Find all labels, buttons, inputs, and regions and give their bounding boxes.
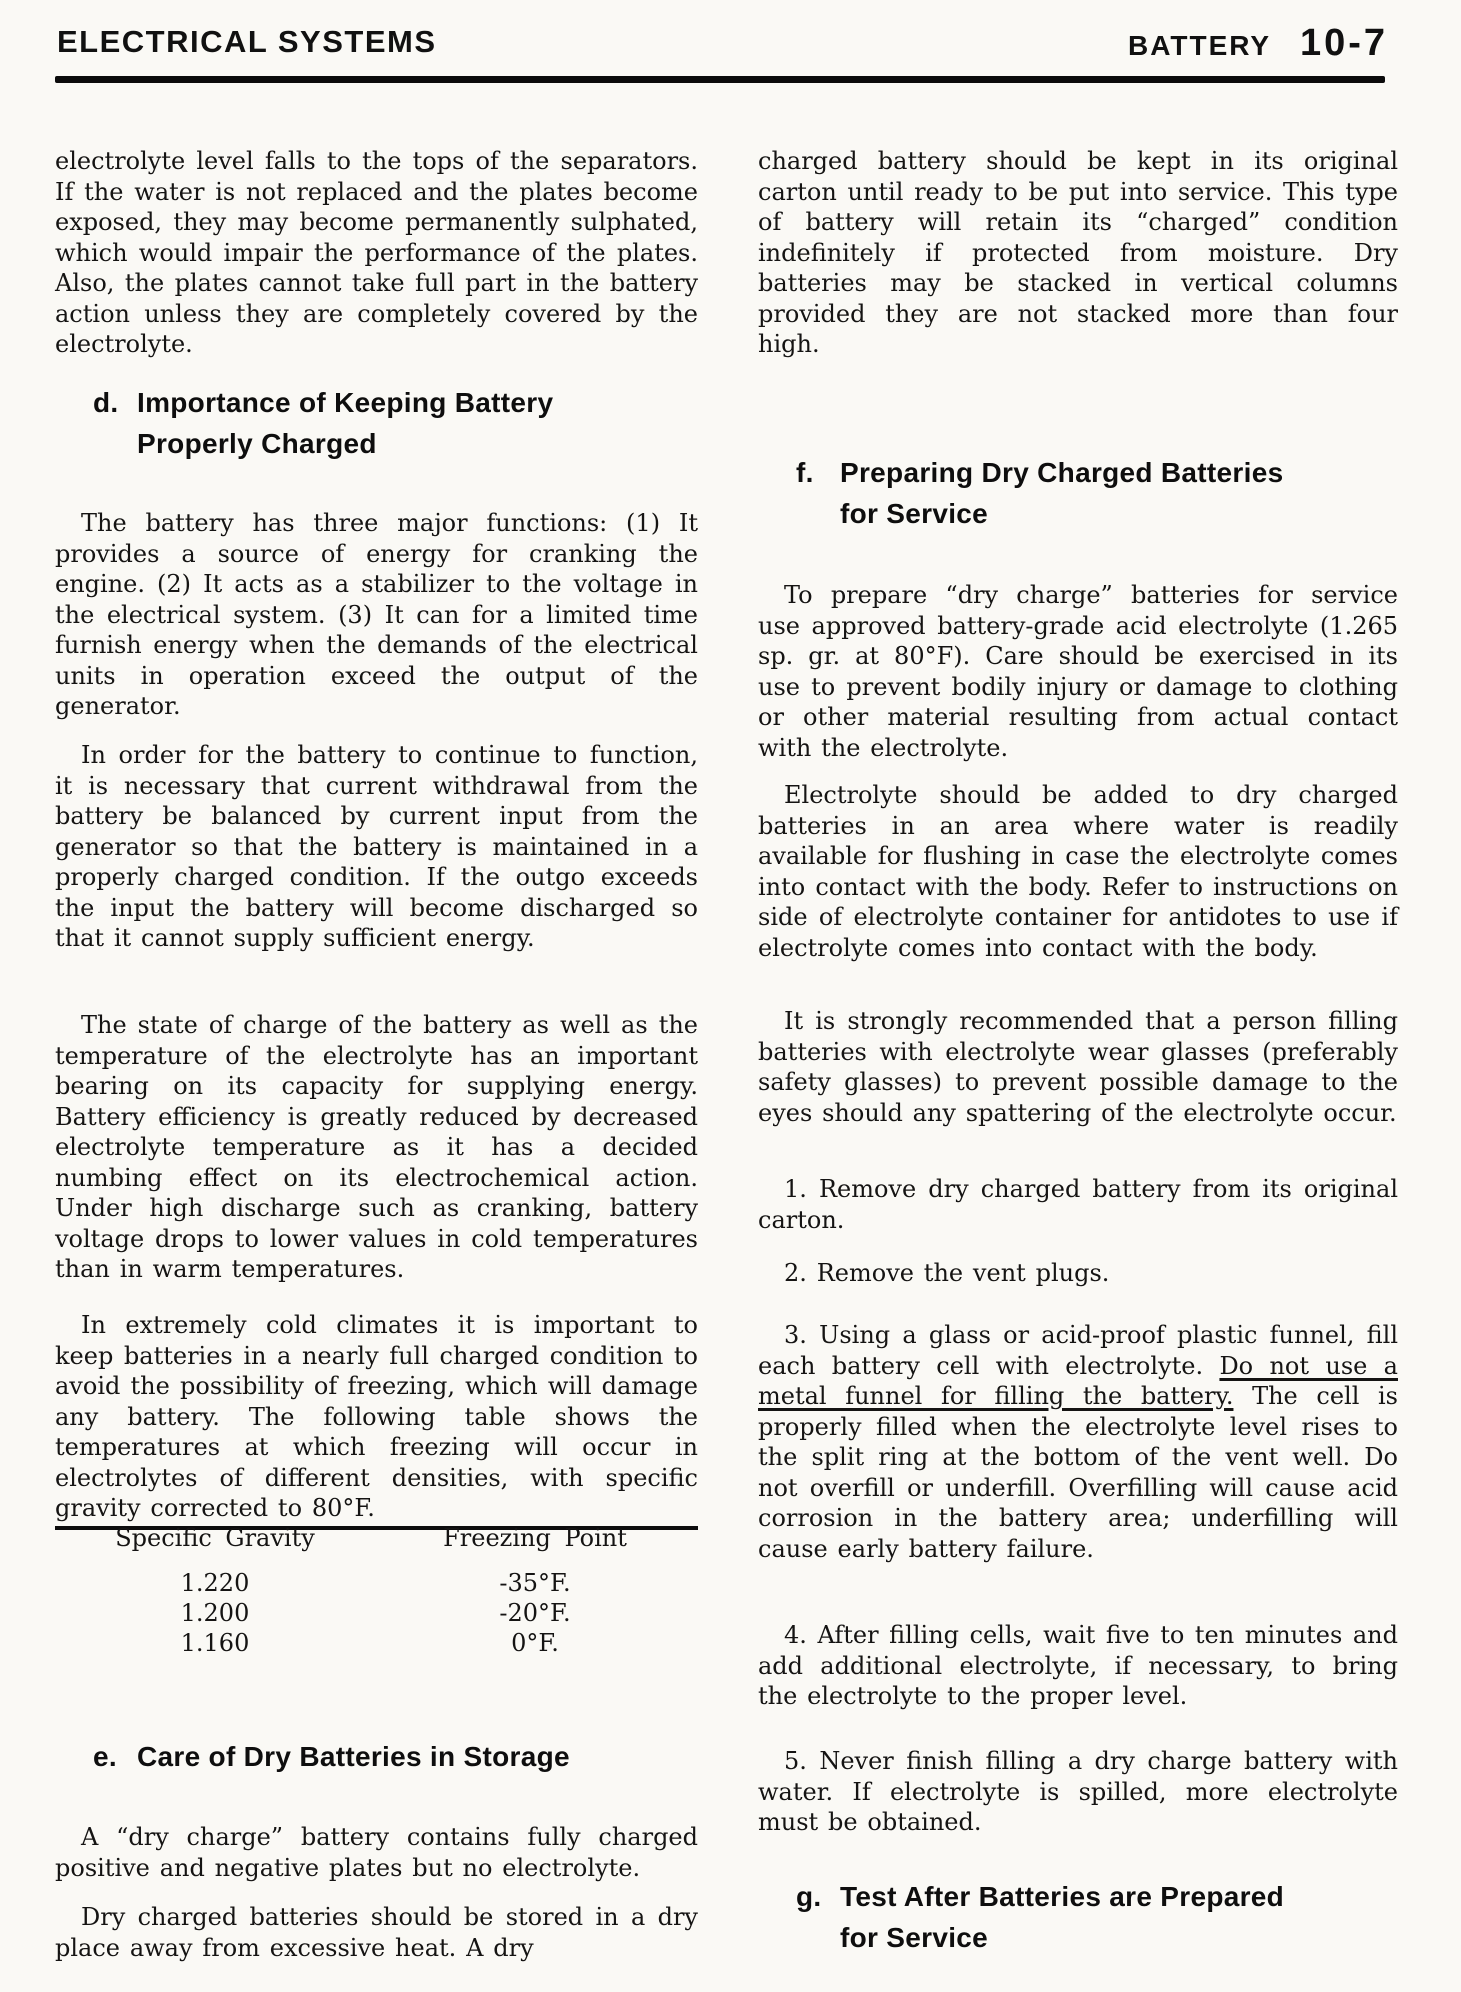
paragraph-state-of-charge: The state of charge of the battery as we… <box>55 1010 698 1285</box>
paragraph-electrolyte-level: electrolyte level falls to the tops of t… <box>55 146 698 360</box>
table-row: 1.160 0°F. <box>55 1628 695 1658</box>
section-letter: f. <box>796 452 840 534</box>
page-header-section-title: ELECTRICAL SYSTEMS <box>57 24 437 60</box>
numbered-step-1: 1. Remove dry charged battery from its o… <box>758 1174 1398 1235</box>
section-letter: g. <box>796 1876 840 1958</box>
paragraph-electrolyte-added: Electrolyte should be added to dry charg… <box>758 780 1398 963</box>
section-letter: d. <box>93 382 137 464</box>
paragraph-safety-glasses: It is strongly recommended that a person… <box>758 1006 1398 1128</box>
paragraph-dry-charge-definition: A “dry charge” battery contains fully ch… <box>55 1822 698 1883</box>
specific-gravity-value: 1.160 <box>55 1628 375 1658</box>
section-title: Test After Batteries are Preparedfor Ser… <box>840 1876 1284 1958</box>
paragraph-dry-storage: Dry charged batteries should be stored i… <box>55 1902 698 1963</box>
numbered-step-2: 2. Remove the vent plugs. <box>758 1258 1398 1289</box>
freezing-point-value: -35°F. <box>375 1568 695 1598</box>
paragraph-original-carton: charged battery should be kept in its or… <box>758 146 1398 360</box>
section-heading-f: f. Preparing Dry Charged Batteriesfor Se… <box>796 452 1398 534</box>
specific-gravity-value: 1.200 <box>55 1598 375 1628</box>
section-heading-d: d. Importance of Keeping BatteryProperly… <box>93 382 698 464</box>
paragraph-cold-climates: In extremely cold climates it is importa… <box>55 1310 698 1530</box>
table-header-row: Specific Gravity Freezing Point <box>55 1524 695 1552</box>
freezing-point-value: 0°F. <box>375 1628 695 1658</box>
table-row: 1.220 -35°F. <box>55 1568 695 1598</box>
freezing-point-table: Specific Gravity Freezing Point 1.220 -3… <box>55 1524 695 1658</box>
page-header-chapter-label: BATTERY <box>1128 30 1271 62</box>
specific-gravity-value: 1.220 <box>55 1568 375 1598</box>
numbered-step-5: 5. Never finish filling a dry charge bat… <box>758 1746 1398 1838</box>
paragraph-current-withdrawal: In order for the battery to continue to … <box>55 740 698 954</box>
table-row: 1.200 -20°F. <box>55 1598 695 1628</box>
freezing-point-value: -20°F. <box>375 1598 695 1628</box>
section-title: Importance of Keeping BatteryProperly Ch… <box>137 382 553 464</box>
section-title: Preparing Dry Charged Batteriesfor Servi… <box>840 452 1283 534</box>
page-header-page-number: 10-7 <box>1300 22 1388 65</box>
column-header-freezing-point: Freezing Point <box>375 1524 695 1552</box>
table-body: 1.220 -35°F. 1.200 -20°F. 1.160 0°F. <box>55 1568 695 1658</box>
numbered-step-3: 3. Using a glass or acid-proof plastic f… <box>758 1320 1398 1564</box>
paragraph-battery-functions: The battery has three major functions: (… <box>55 508 698 722</box>
paragraph-prepare-dry-charge: To prepare “dry charge” batteries for se… <box>758 580 1398 763</box>
header-rule <box>55 76 1385 83</box>
section-heading-g: g. Test After Batteries are Preparedfor … <box>796 1876 1398 1958</box>
section-letter: e. <box>93 1736 137 1777</box>
numbered-step-4: 4. After filling cells, wait five to ten… <box>758 1620 1398 1712</box>
section-title: Care of Dry Batteries in Storage <box>137 1736 570 1777</box>
column-header-specific-gravity: Specific Gravity <box>55 1524 375 1552</box>
section-heading-e: e. Care of Dry Batteries in Storage <box>93 1736 698 1777</box>
